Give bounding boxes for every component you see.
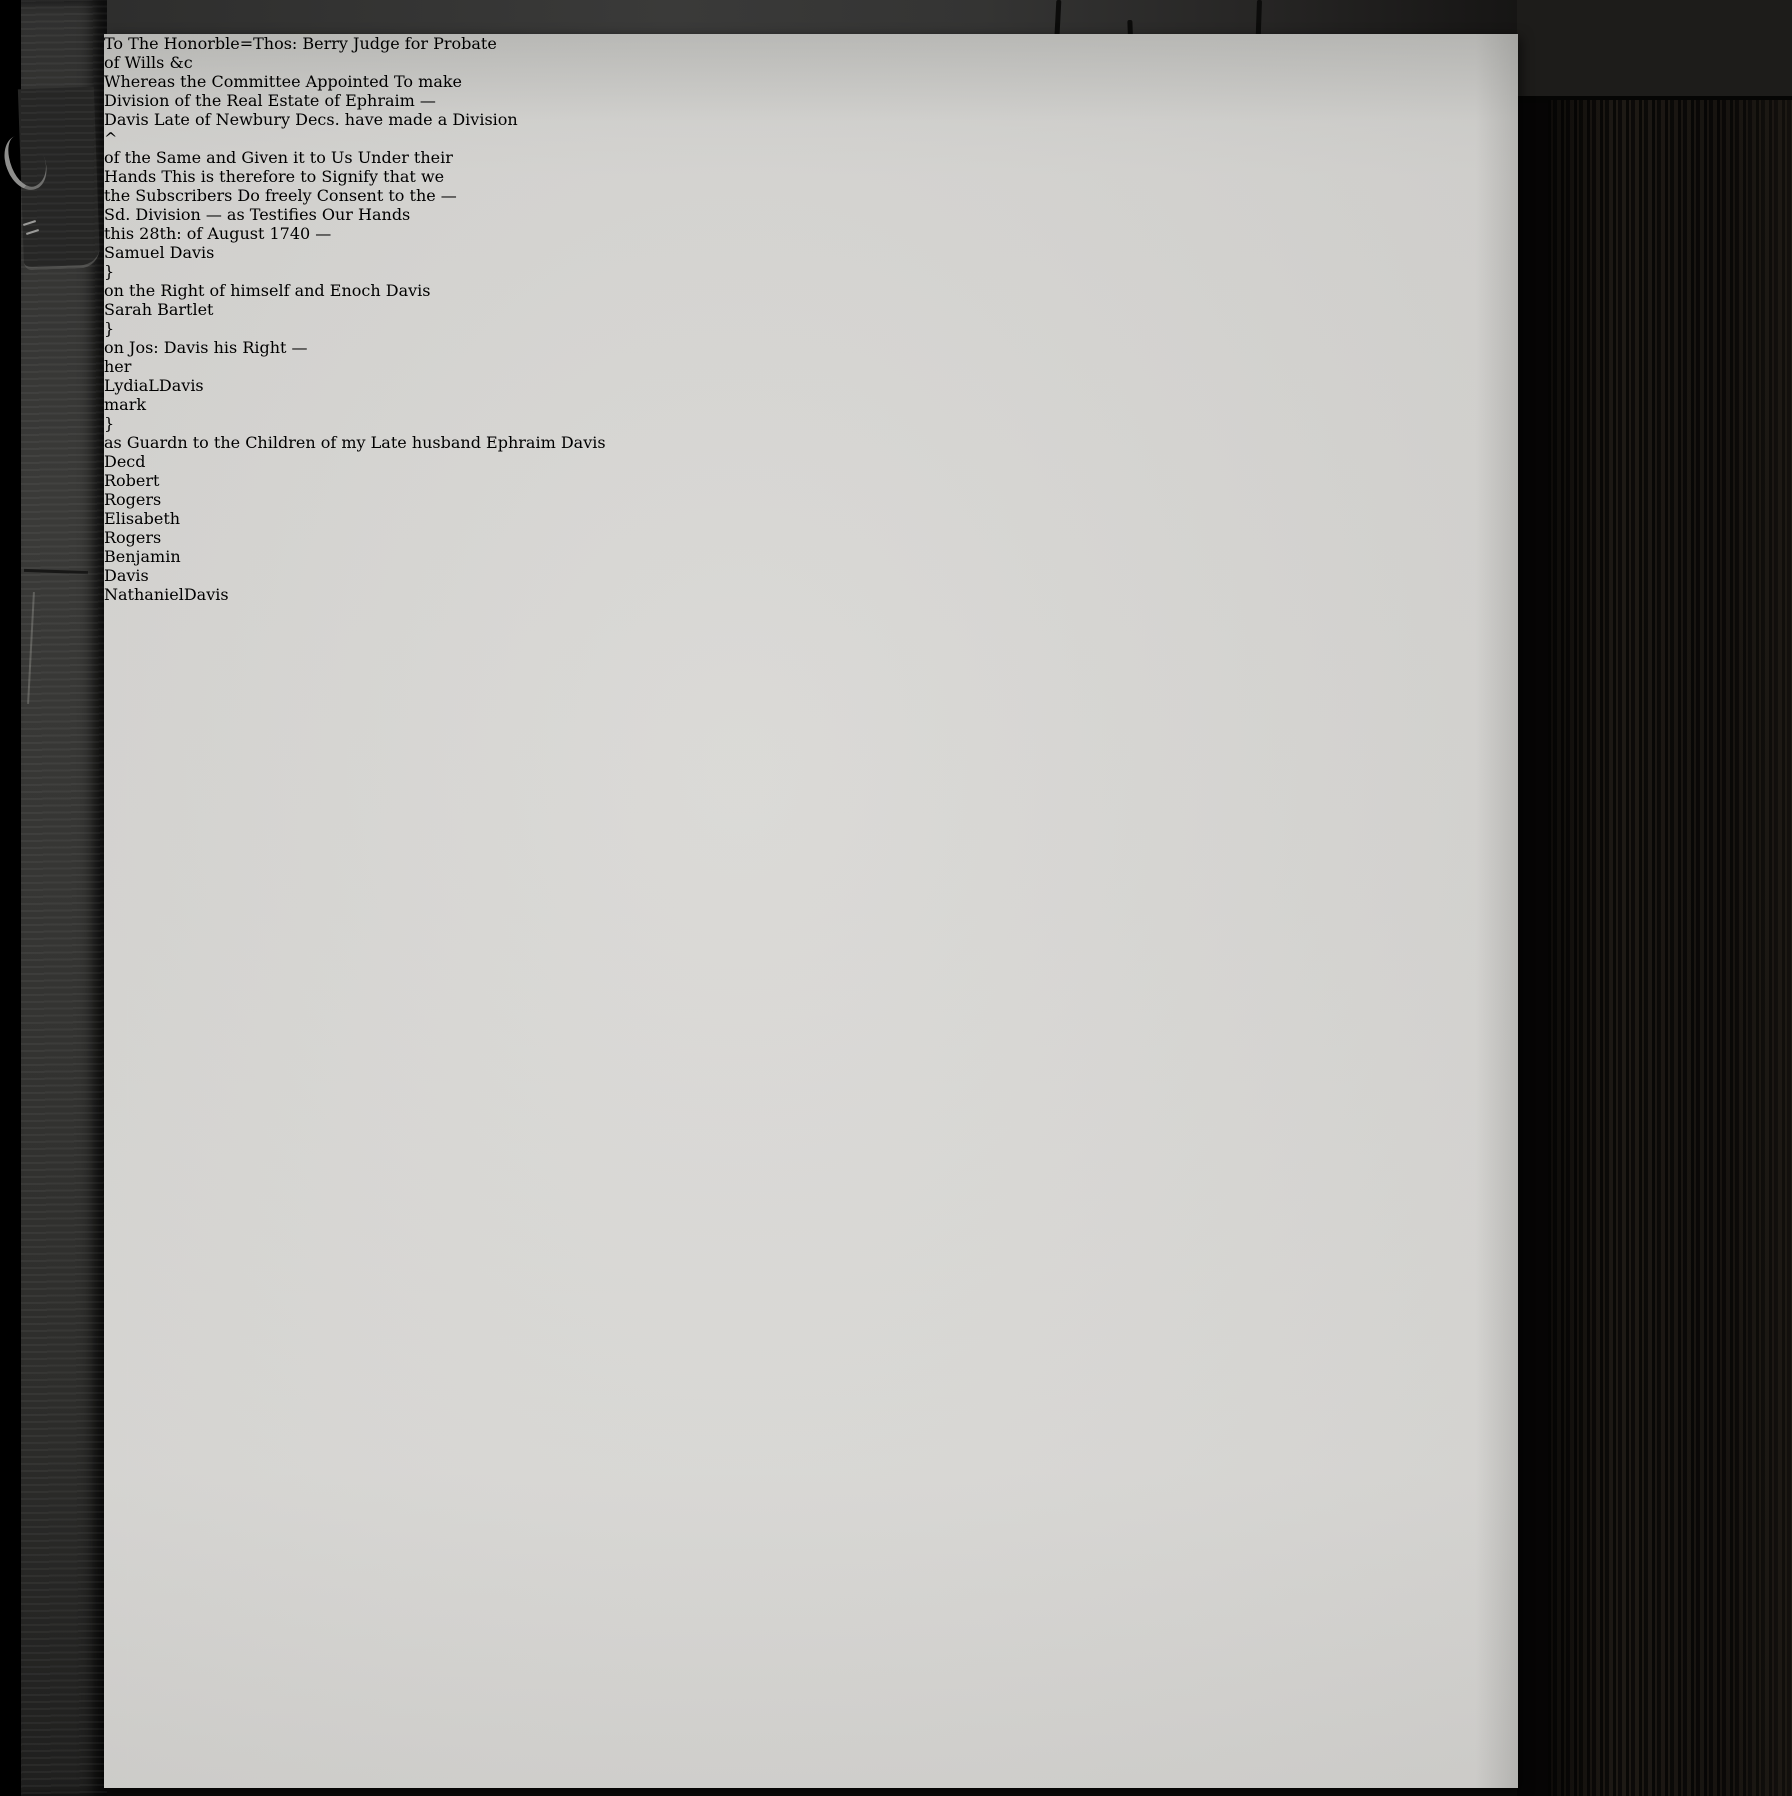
sarah-annotation: on Jos: Davis his Right —	[104, 338, 1518, 357]
scanned-document-photo: To The Honorble=Thos: Berry Judge for Pr…	[0, 0, 1792, 1796]
her-label: her	[104, 357, 1518, 376]
brace-icon: }	[104, 414, 1518, 433]
lydia-annotation: as Guardn to the Children of my Late hus…	[104, 433, 1518, 452]
body-line: Whereas the Committee Appointed To make	[104, 72, 1518, 91]
wood-board-top	[1517, 0, 1792, 103]
signature-sarah-bartlet: Sarah Bartlet	[104, 300, 1518, 319]
deceased-label: Decd	[104, 452, 1518, 471]
body-line: of the Same and Given it to Us Under the…	[104, 148, 1518, 167]
honorable-abbreviation: ble=	[215, 34, 253, 53]
right-wood-panel	[1548, 100, 1792, 1796]
body-line: the Subscribers Do freely Consent to the…	[104, 186, 1518, 205]
signature-robert-rogers-surname: Rogers	[104, 490, 1518, 509]
signature-lydia-davis: LydiaLDavis	[104, 376, 1518, 395]
signature-elisabeth-rogers-surname: Rogers	[104, 528, 1518, 547]
body-line: Sd. Division — as Testifies Our Hands	[104, 205, 1518, 224]
signature-nathaniel-davis: NathanielDavis	[104, 585, 1518, 604]
judge-name: Tho	[253, 34, 284, 53]
salutation-line-2: of Wills &c	[104, 53, 1518, 72]
samuel-annotation: on the Right of himself and Enoch Davis	[104, 281, 1518, 300]
body-line: Davis Late of Newbury Decs. have made a …	[104, 110, 1518, 129]
wood-crack	[24, 569, 88, 574]
signature-benjamin-davis-surname: Davis	[104, 566, 1518, 585]
signature-robert-rogers: Robert	[104, 471, 1518, 490]
signature-samuel-davis: Samuel Davis	[104, 243, 1518, 262]
brace-icon: }	[104, 262, 1518, 281]
edge-tick-marks	[23, 222, 49, 238]
insertion-caret: ^	[104, 129, 117, 148]
deceased-abbreviation: Decs.	[295, 110, 340, 129]
mark-label: mark	[104, 395, 1518, 414]
body-line: Division of the Real Estate of Ephraim —	[104, 91, 1518, 110]
salutation-text: To The Honor	[104, 34, 215, 53]
body-line: Hands This is therefore to Signify that …	[104, 167, 1518, 186]
signature-elisabeth-rogers: Elisabeth	[104, 509, 1518, 528]
brace-icon: }	[104, 319, 1518, 338]
lydia-mark: L	[148, 376, 159, 395]
document-page: To The Honorble=Thos: Berry Judge for Pr…	[104, 34, 1518, 1788]
left-wood-binding	[21, 0, 107, 1796]
salutation-rest: : Berry Judge for Probate	[292, 34, 497, 53]
signature-benjamin-davis: Benjamin	[104, 547, 1518, 566]
wood-scratch	[27, 592, 35, 704]
salutation-line: To The Honorble=Thos: Berry Judge for Pr…	[104, 34, 1518, 53]
date-line: this 28th: of August 1740 —	[104, 224, 1518, 243]
left-black-edge	[0, 0, 21, 1796]
